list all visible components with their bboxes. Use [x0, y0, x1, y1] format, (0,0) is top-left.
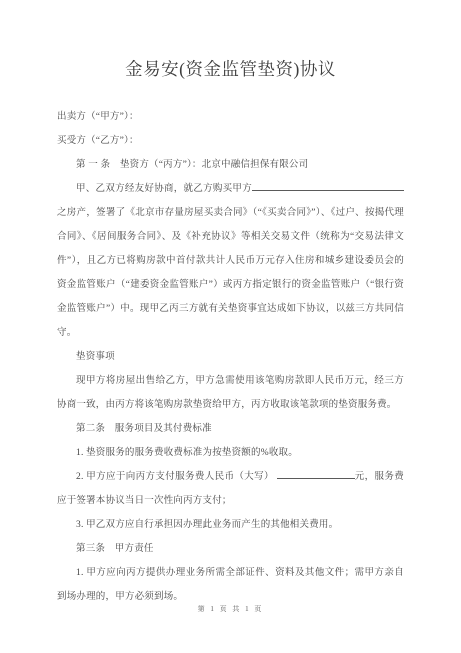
clause-article2-item2: 2. 甲方应于向丙方支付服务费人民币（大写） 元，服务费应于签署本协议当日一次性…: [57, 465, 404, 513]
document-page: 金易安(资金监管垫资)协议 出卖方（“甲方”）： 买受方（“乙方”）： 第 一 …: [0, 0, 461, 653]
clause-article2-item3: 3. 甲乙双方应自行承担因办理此业务而产生的其他相关费用。: [57, 513, 404, 537]
document-body: 出卖方（“甲方”）： 买受方（“乙方”）： 第 一 条 垫资方（“丙方”）：北京…: [0, 105, 461, 609]
clause-article3-item1: 1. 甲方应向丙方提供办理业务所需全部证件、资料及其他文件；需甲方亲自到场办理的…: [57, 561, 404, 609]
clause-advance-matters-body: 现甲方将房屋出售给乙方，甲方急需使用该笔购房款即人民币万元，经三方协商一致，由丙…: [57, 369, 404, 417]
fill-in-blank-property: [252, 182, 404, 191]
heading-advance-matters: 垫资事项: [57, 345, 404, 369]
page-number-footer: 第 1 页 共 1 页: [0, 604, 461, 614]
clause-article2-item1: 1. 垫资服务的服务费收费标准为按垫资额的%收取。: [57, 441, 404, 465]
party-buyer: 买受方（“乙方”）：: [57, 129, 404, 153]
clause-article2-item2-text-pre: 2. 甲方应于向丙方支付服务费人民币（大写）: [76, 472, 274, 482]
clause-intro-text-pre: 甲、乙双方经友好协商，就乙方购买甲方: [76, 184, 252, 194]
document-title: 金易安(资金监管垫资)协议: [0, 56, 461, 82]
fill-in-blank-service-fee: [277, 470, 355, 479]
clause-intro-text-post: 之房产，签署了《北京市存量房屋买卖合同》（“《买卖合同》”）、《过户、按揭代理合…: [57, 208, 404, 338]
clause-article1-advancer: 第 一 条 垫资方（“丙方”）：北京中融信担保有限公司: [57, 153, 404, 177]
heading-article2: 第二条 服务项目及其付费标准: [57, 417, 404, 441]
heading-article3: 第三条 甲方责任: [57, 537, 404, 561]
clause-intro: 甲、乙双方经友好协商，就乙方购买甲方之房产，签署了《北京市存量房屋买卖合同》（“…: [57, 177, 404, 345]
party-seller: 出卖方（“甲方”）：: [57, 105, 404, 129]
